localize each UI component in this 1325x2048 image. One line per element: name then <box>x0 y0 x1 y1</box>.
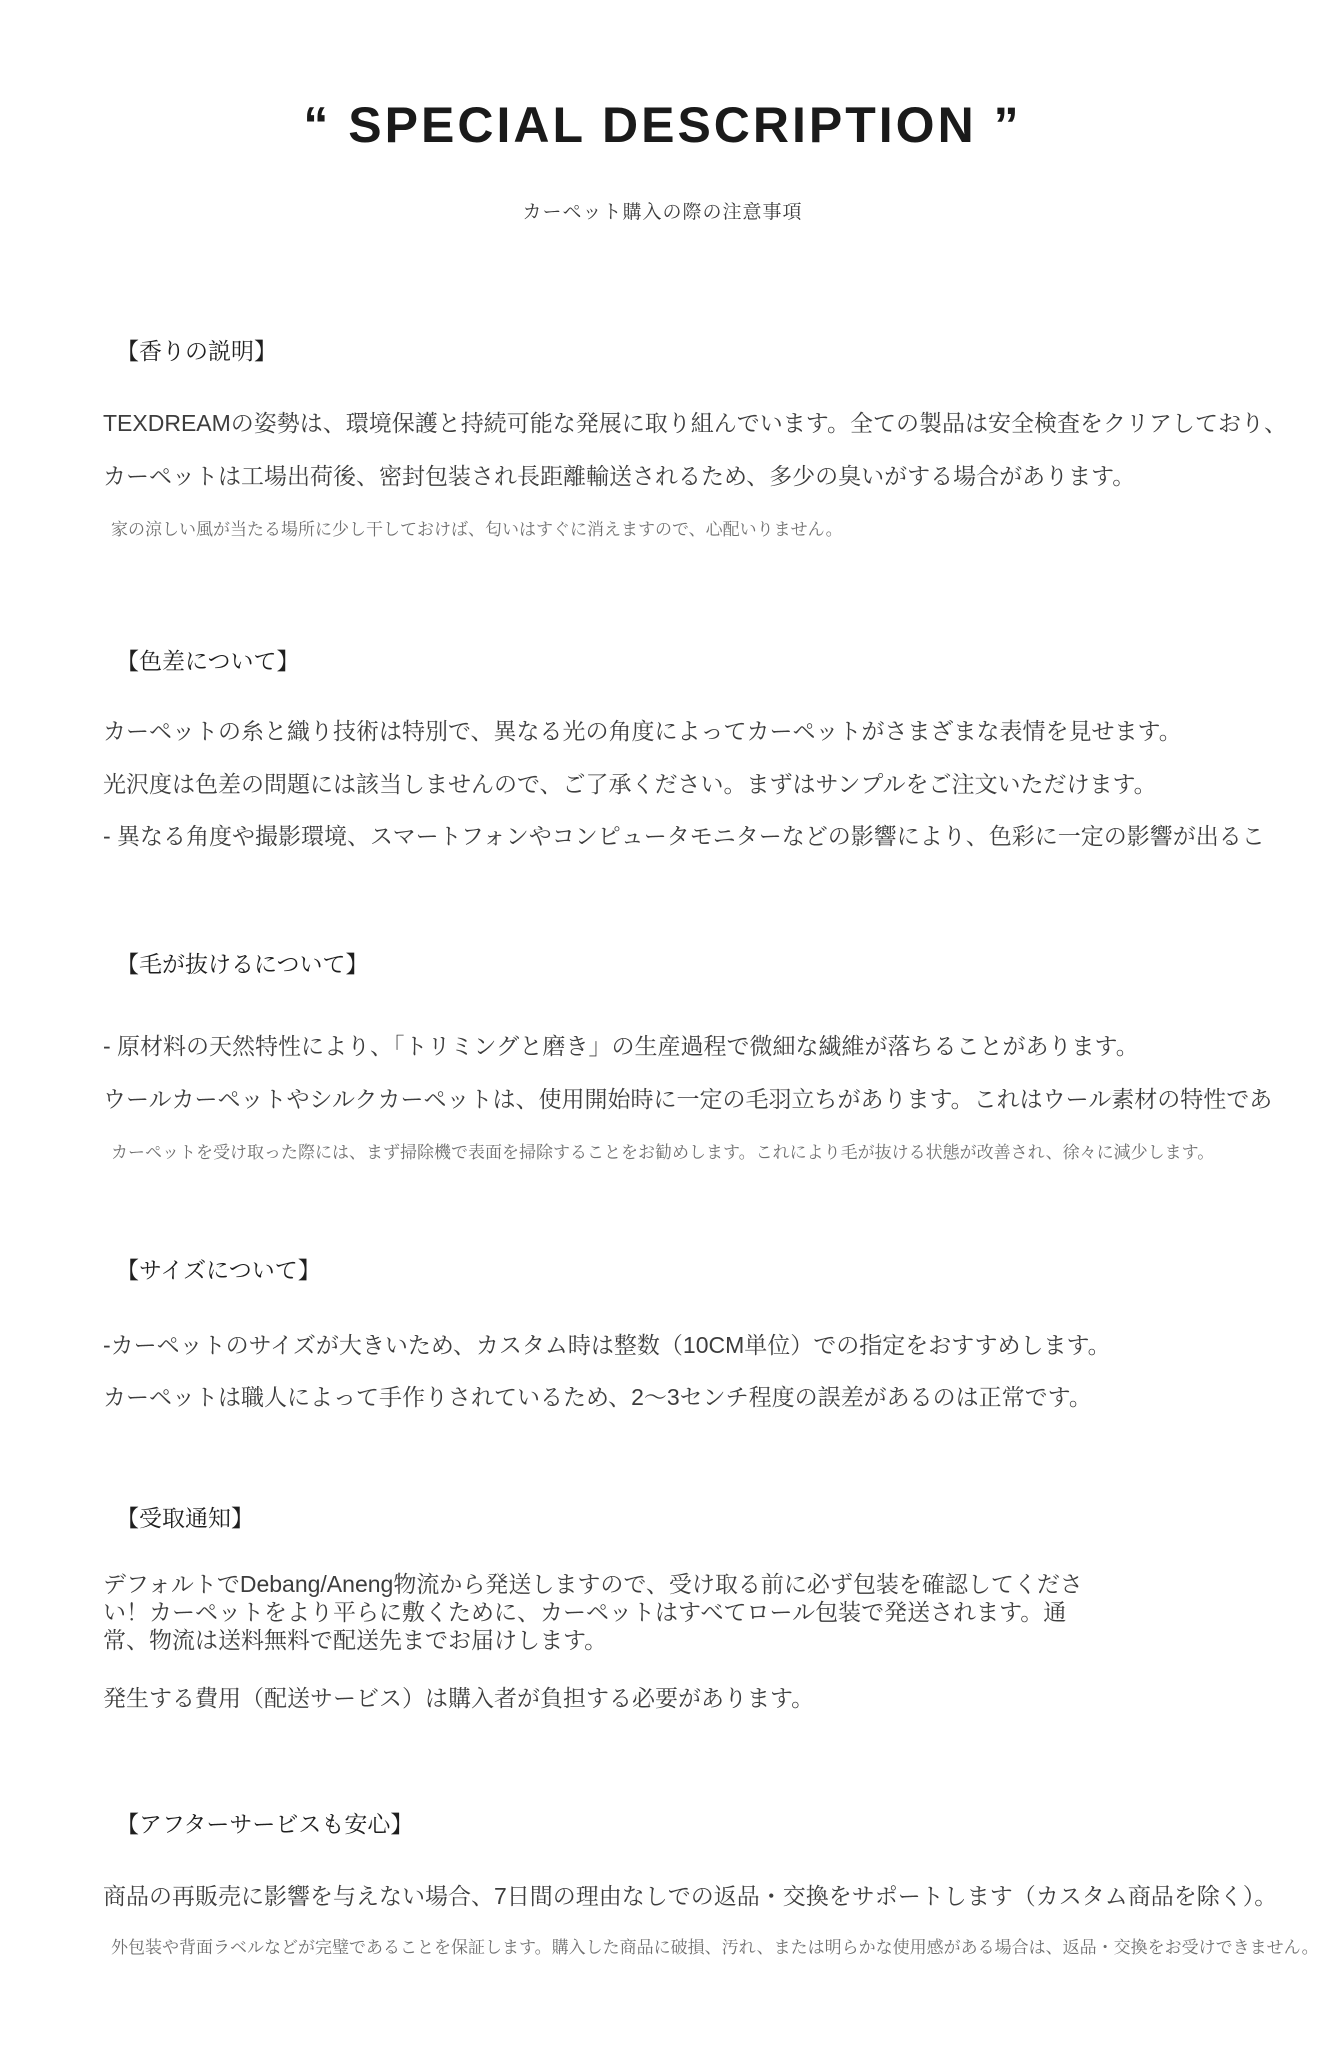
note-line: 家の涼しい風が当たる場所に少し干しておけば、匂いはすぐに消えますので、心配いりま… <box>111 515 843 540</box>
body-line: TEXDREAMの姿勢は、環境保護と持続可能な発展に取り組んでいます。全ての製品… <box>103 405 1287 438</box>
body-line: 光沢度は色差の問題には該当しませんので、ご了承ください。まずはサンプルをご注文い… <box>103 766 1157 799</box>
section-heading-receipt-notice: 【受取通知】 <box>116 1500 254 1533</box>
page-title: “ SPECIAL DESCRIPTION ” <box>0 96 1325 154</box>
product-description-page: “ SPECIAL DESCRIPTION ” カーペット購入の際の注意事項 【… <box>0 0 1325 2048</box>
body-line: 商品の再販売に影響を与えない場合、7日間の理由なしでの返品・交換をサポートします… <box>103 1878 1277 1911</box>
section-heading-color-difference: 【色差について】 <box>116 643 300 676</box>
body-line: カーペットは工場出荷後、密封包装され長距離輸送されるため、多少の臭いがする場合が… <box>103 458 1135 491</box>
body-line: - 異なる角度や撮影環境、スマートフォンやコンピュータモニターなどの影響により、… <box>103 818 1265 851</box>
section-heading-size: 【サイズについて】 <box>116 1252 321 1285</box>
section-heading-scent: 【香りの説明】 <box>116 333 277 366</box>
section-heading-shedding: 【毛が抜けるについて】 <box>116 946 369 979</box>
body-line: カーペットは職人によって手作りされているため、2〜3センチ程度の誤差があるのは正… <box>103 1379 1092 1412</box>
body-line: 常、物流は送料無料で配送先までお届けします。 <box>103 1622 607 1655</box>
page-subtitle: カーペット購入の際の注意事項 <box>0 197 1325 224</box>
note-line: 外包装や背面ラベルなどが完璧であることを保証します。購入した商品に破損、汚れ、ま… <box>111 1933 1319 1958</box>
note-line: カーペットを受け取った際には、まず掃除機で表面を掃除することをお勧めします。これ… <box>111 1138 1214 1163</box>
body-line: 発生する費用（配送サービス）は購入者が負担する必要があります。 <box>103 1680 814 1713</box>
body-line: ウールカーペットやシルクカーペットは、使用開始時に一定の毛羽立ちがあります。これ… <box>103 1081 1272 1114</box>
body-line: - 原材料の天然特性により、「トリミングと磨き」の生産過程で微細な繊維が落ちるこ… <box>103 1028 1139 1061</box>
body-line: カーペットの糸と織り技術は特別で、異なる光の角度によってカーペットがさまざまな表… <box>103 713 1182 746</box>
section-heading-after-service: 【アフターサービスも安心】 <box>116 1806 413 1839</box>
body-line: -カーペットのサイズが大きいため、カスタム時は整数（10CM単位）での指定をおす… <box>103 1327 1111 1360</box>
